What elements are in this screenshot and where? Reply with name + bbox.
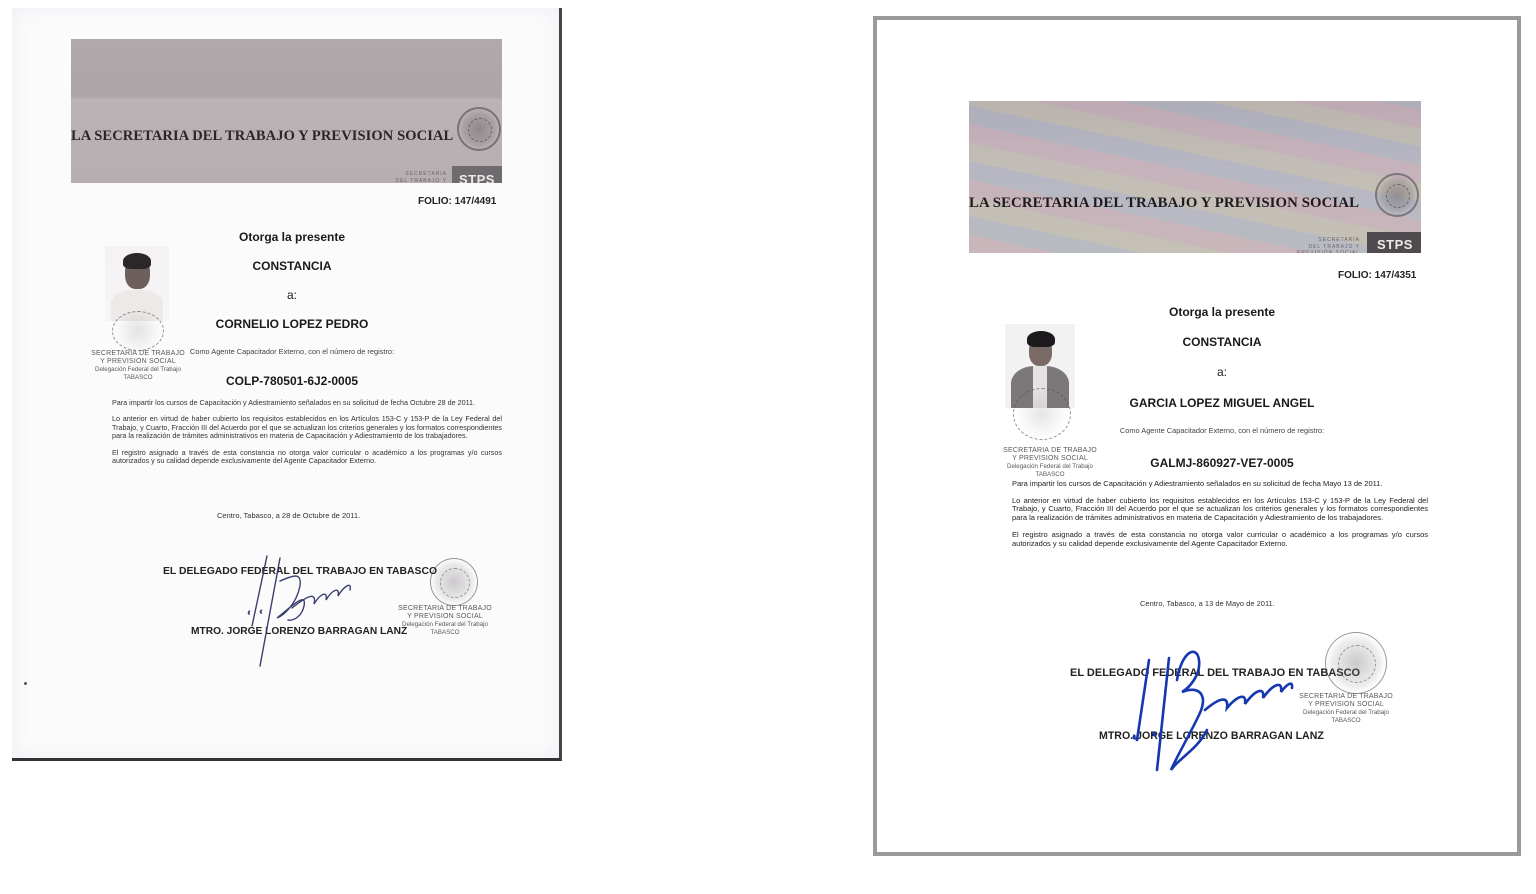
paragraph-purpose: Para impartir los cursos de Capacitación… [1012, 480, 1428, 489]
stps-logo: STPS [452, 166, 502, 183]
stps-subtitle: SECRETARÍA DEL TRABAJO Y PREVISIÓN SOCIA… [367, 171, 447, 183]
signer-name: MTRO. JORGE LORENZO BARRAGAN LANZ [1099, 730, 1324, 742]
coat-of-arms-seal-icon [1375, 173, 1419, 217]
banner-title: LA SECRETARIA DEL TRABAJO Y PREVISION SO… [969, 195, 1359, 212]
paragraph-legal-basis: Lo anterior en virtud de haber cubierto … [112, 415, 502, 440]
recipient-name: GARCIA LOPEZ MIGUEL ANGEL [1092, 396, 1352, 410]
a-label: a: [192, 288, 392, 302]
registration-number: COLP-780501-6J2-0005 [192, 374, 392, 388]
handwritten-signature-icon [1127, 640, 1297, 780]
a-label: a: [1122, 365, 1322, 379]
header-banner: LA SECRETARIA DEL TRABAJO Y PREVISION SO… [71, 39, 502, 183]
stps-subtitle: SECRETARÍA DEL TRABAJO Y PREVISIÓN SOCIA… [1274, 237, 1360, 253]
signer-title: EL DELEGADO FEDERAL DEL TRABAJO EN TABAS… [1070, 667, 1360, 679]
registration-number: GALMJ-860927-VE7-0005 [1112, 456, 1332, 470]
scan-speck [24, 682, 27, 685]
otorga-heading: Otorga la presente [1122, 305, 1322, 319]
coat-of-arms-seal-icon [457, 107, 501, 151]
folio-number: FOLIO: 147/4491 [418, 196, 496, 207]
place-date: Centro, Tabasco, a 28 de Octubre de 2011… [217, 511, 360, 520]
banner-title: LA SECRETARIA DEL TRABAJO Y PREVISION SO… [71, 128, 453, 145]
photo-stamp-text: SECRETARIA DE TRABAJO Y PREVISION SOCIAL… [88, 350, 188, 382]
official-seal-icon [1325, 632, 1387, 694]
folio-number: FOLIO: 147/4351 [1338, 270, 1416, 281]
agent-line: Como Agente Capacitador Externo, con el … [1082, 426, 1362, 435]
official-seal-icon [430, 558, 478, 606]
paragraph-disclaimer: El registro asignado a través de esta co… [112, 449, 502, 466]
header-banner: LA SECRETARIA DEL TRABAJO Y PREVISION SO… [969, 101, 1421, 253]
paragraph-disclaimer: El registro asignado a través de esta co… [1012, 531, 1428, 548]
constancia-heading: CONSTANCIA [192, 259, 392, 273]
paragraph-purpose: Para impartir los cursos de Capacitación… [112, 399, 502, 407]
certificate-left: LA SECRETARIA DEL TRABAJO Y PREVISION SO… [12, 8, 562, 761]
photo-stamp-text: SECRETARIA DE TRABAJO Y PREVISION SOCIAL… [995, 447, 1105, 479]
photo-seal-stamp-icon [1013, 388, 1071, 440]
paragraph-legal-basis: Lo anterior en virtud de haber cubierto … [1012, 497, 1428, 523]
signer-title: EL DELEGADO FEDERAL DEL TRABAJO EN TABAS… [163, 566, 437, 577]
agent-line: Como Agente Capacitador Externo, con el … [162, 347, 422, 356]
signature-stamp-text: SECRETARIA DE TRABAJO Y PREVISION SOCIAL… [1291, 693, 1401, 725]
place-date: Centro, Tabasco, a 13 de Mayo de 2011. [1140, 599, 1275, 608]
stps-logo: STPS [1367, 232, 1421, 253]
constancia-heading: CONSTANCIA [1122, 335, 1322, 349]
body-paragraphs: Para impartir los cursos de Capacitación… [1012, 480, 1428, 556]
body-paragraphs: Para impartir los cursos de Capacitación… [112, 399, 502, 473]
certificate-right: LA SECRETARIA DEL TRABAJO Y PREVISION SO… [873, 16, 1521, 856]
recipient-name: CORNELIO LOPEZ PEDRO [172, 317, 412, 331]
otorga-heading: Otorga la presente [192, 230, 392, 244]
signer-name: MTRO. JORGE LORENZO BARRAGAN LANZ [191, 626, 407, 637]
recipient-photo [105, 246, 169, 321]
photo-seal-stamp-icon [112, 311, 164, 351]
